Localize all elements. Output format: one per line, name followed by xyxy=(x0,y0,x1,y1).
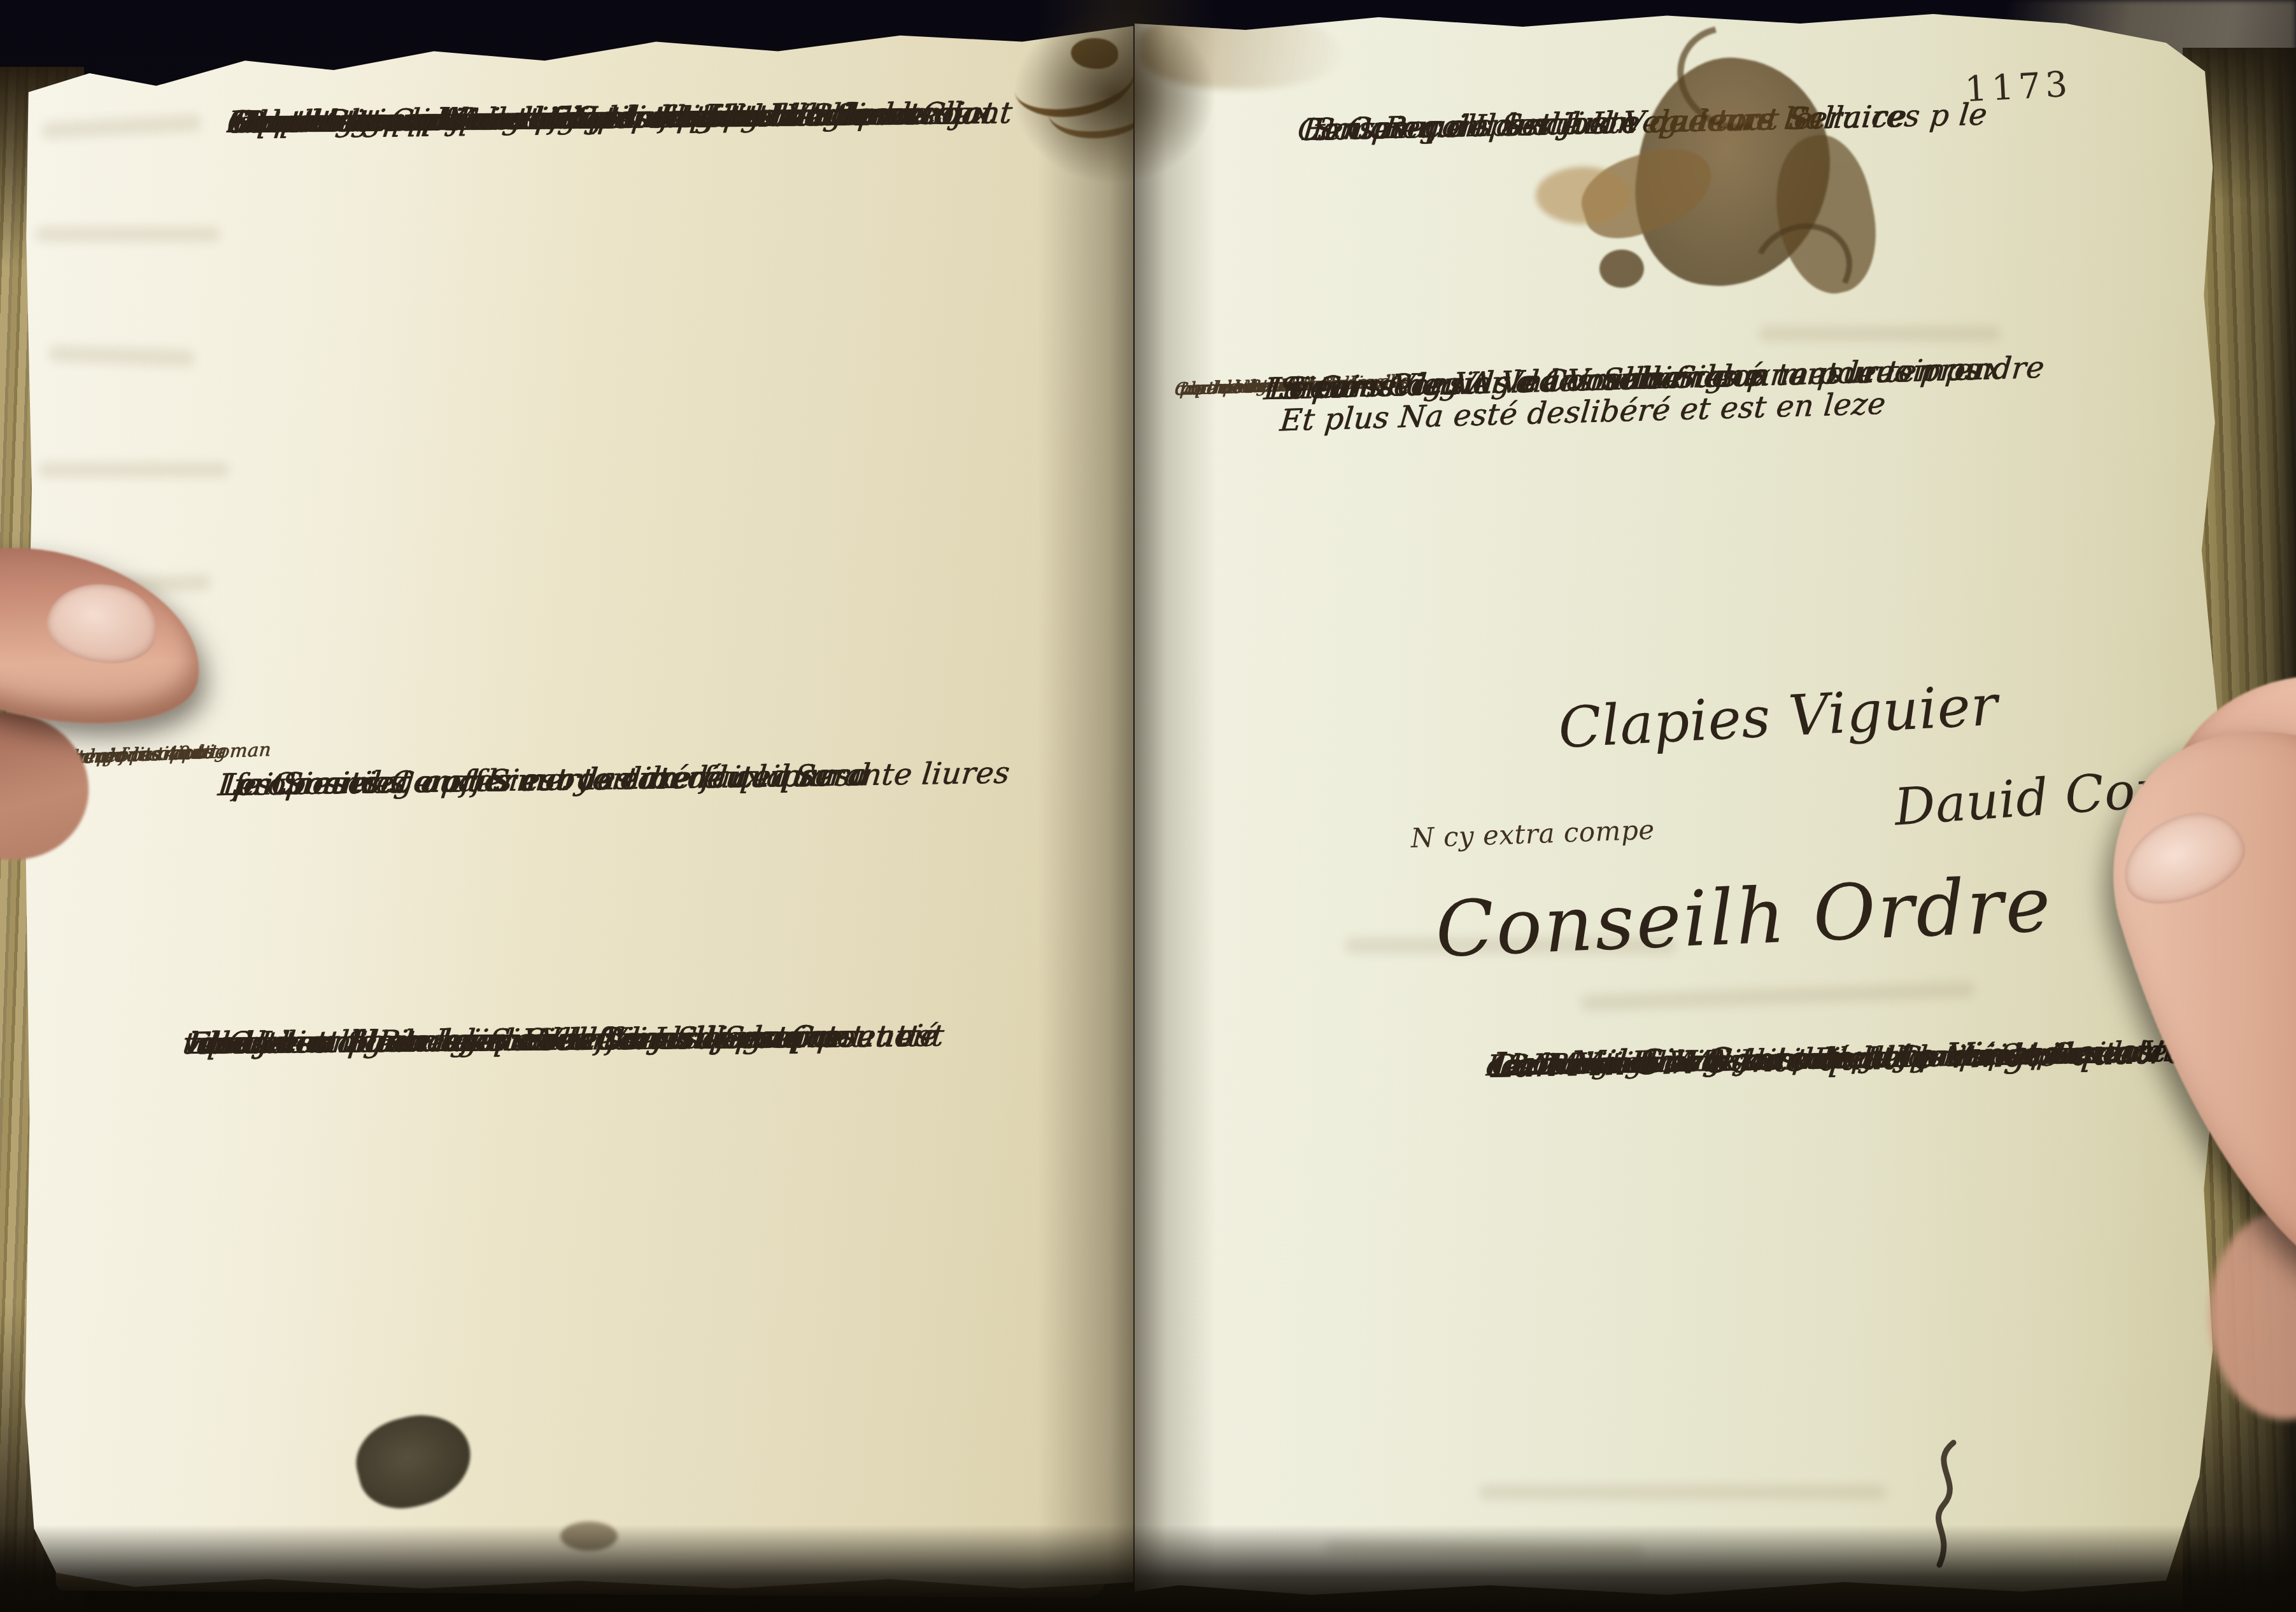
handwritten-line: Et aultres Considerations xyxy=(225,90,626,150)
manuscript-photo: e si Raporttgre q tirer bon estat et es … xyxy=(0,0,2296,1612)
ink-smear xyxy=(1071,38,1118,69)
ink-bleed-ghost xyxy=(36,227,220,242)
ink-bleed-ghost xyxy=(1326,1539,1644,1560)
ink-bleed-ghost xyxy=(38,462,229,477)
ink-blot xyxy=(1542,33,1937,332)
handwritten-line: fait mandat aud Sieur toman deux quarant… xyxy=(231,749,1012,810)
ink-bleed-ghost xyxy=(1478,1485,1886,1500)
ink-bleed-ghost xyxy=(41,114,201,139)
left-page: e si Raporttgre q tirer bon estat et es … xyxy=(23,17,1133,1592)
section-heading: Conseilh Ordre xyxy=(1434,860,2054,974)
ink-bleed-ghost xyxy=(1580,981,1976,1012)
signature-note: N cy extra compe xyxy=(1410,814,1655,854)
handwritten-line: les cuiers Sont es estat de Vendre Serui… xyxy=(185,1012,844,1070)
ink-blot-smear xyxy=(1536,167,1631,224)
corner-mark: e si xyxy=(38,27,78,57)
ink-smear xyxy=(1138,13,1342,89)
ink-stain xyxy=(348,1404,481,1518)
handwritten-line: de Mons le Viguier ont esté pnts xyxy=(1499,1030,1987,1091)
ink-blot-blob xyxy=(1599,250,1644,288)
right-page: 1173 Et Comme Il est Juste que tout Seru… xyxy=(1135,8,2244,1604)
signature-viguier: Clapies Viguier xyxy=(1557,672,1999,761)
ink-stain xyxy=(560,1522,618,1551)
ink-bleed-ghost xyxy=(48,345,195,367)
